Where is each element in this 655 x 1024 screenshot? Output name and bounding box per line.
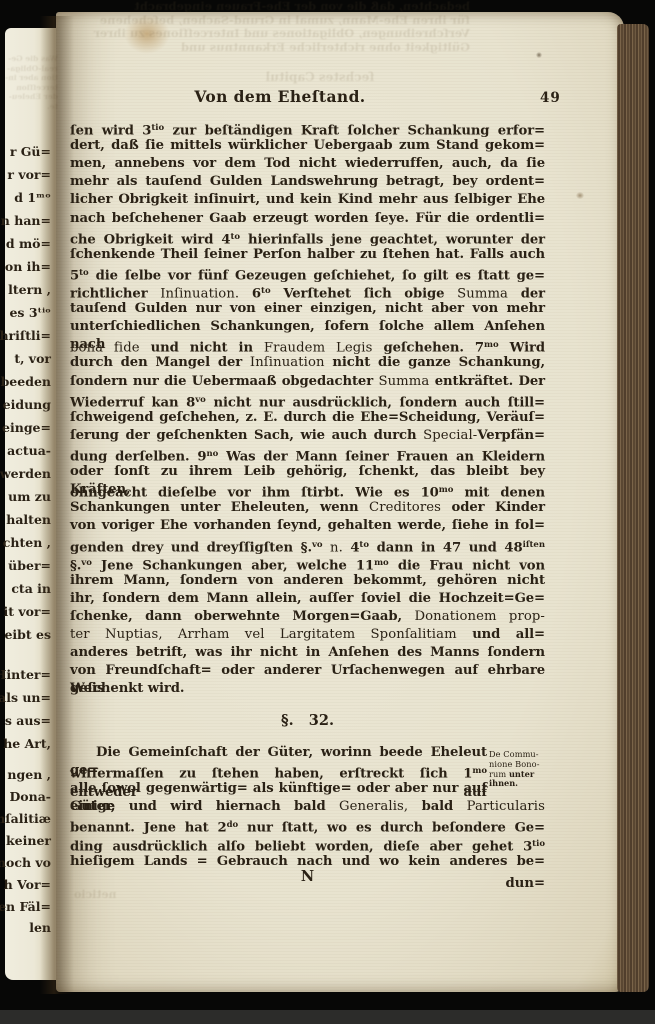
body-line: ſondern nur die Uebermaaß obgedachter Su… xyxy=(70,373,545,391)
body-line: ihrem Mann, ſondern von anderen bekommt,… xyxy=(70,572,545,590)
facing-page-fragment: chten , xyxy=(3,536,51,550)
facing-page-fragment: cta in xyxy=(11,582,51,596)
facing-page-fragment: t, vor xyxy=(14,352,51,366)
facing-page-fragment: einge= xyxy=(2,421,51,435)
facing-page-fragment: Hinter= xyxy=(0,668,51,682)
body-line: Schankungen unter Eheleuten, wenn Credit… xyxy=(70,499,545,517)
facing-page-fragment: on ih= xyxy=(5,260,51,274)
body-line: mehr als tauſend Gulden Landswehrung bet… xyxy=(70,173,545,191)
margin-note: De Commu-nione Bono-rum unterihnen. xyxy=(489,750,549,789)
body-line: Die Gemeinſchaft der Güter, worinn beede… xyxy=(70,744,487,762)
body-line: nach beſchehener Gaab erzeugt worden ſey… xyxy=(70,210,545,228)
facing-page-fragment: werden xyxy=(0,467,51,481)
body-line: alle ſowol gegenwärtig= als künftige= od… xyxy=(70,780,487,798)
page-number: 49 xyxy=(540,90,561,106)
body-line: Wiederruf kan 8vo nicht nur ausdrücklich… xyxy=(70,391,545,409)
facing-page-fragment: noch vo xyxy=(0,856,51,870)
body-line: unterſchiedlichen Schankungen, ſofern ſo… xyxy=(70,318,545,336)
body-line: benannt. Jene hat 2do nur ſtatt, wo es d… xyxy=(70,816,545,834)
facing-page-fragment: he Art, xyxy=(3,737,51,751)
facing-page-fragment: it vor= xyxy=(3,605,51,619)
body-line: ohngeacht dieſelbe vor ihm ſtirbt. Wie e… xyxy=(70,481,545,499)
body-line: anderes betrift, was ihr nicht in Anſehe… xyxy=(70,644,545,662)
body-line: ſerung der geſchenkten Sach, wie auch du… xyxy=(70,427,545,445)
facing-page-fragment: s aus= xyxy=(5,714,51,728)
body-line: von Freundſchaft= oder anderer Urſachenw… xyxy=(70,662,545,680)
body-line: bonâ fide und nicht in Fraudem Legis geſ… xyxy=(70,336,545,354)
facing-page-fragment: actua- xyxy=(7,444,51,458)
body-line: ſen wird 3tio zur beſtändigen Kraft ſolc… xyxy=(70,119,545,137)
facing-page-fragment: d 1ᵐᵒ xyxy=(14,191,51,205)
running-header: Von dem Eheſtand. xyxy=(70,87,490,106)
paper-speck xyxy=(536,52,542,58)
facing-page-fragment: nſalitiæ xyxy=(0,812,51,826)
body-line: licher Obrigkeit inſinuirt, und kein Kin… xyxy=(70,191,545,209)
scan-bottom-strip xyxy=(0,1010,655,1024)
margin-note-line: ihnen. xyxy=(489,779,549,789)
body-line: ſchenkende Theil ſeiner Perſon halber zu… xyxy=(70,246,545,264)
book-scan: r Gü=r vor=d 1ᵐᵒn han=d mö=on ih=ltern ,… xyxy=(0,0,655,1024)
body-line: che Obrigkeit wird 4to hierinfalls jene … xyxy=(70,228,545,246)
body-line: ter Nuptias, Arrham vel Largitatem Sponſ… xyxy=(70,626,545,644)
body-line: ſchweigend geſchehen, z. E. durch die Eh… xyxy=(70,409,545,427)
facing-page-fragment: Dona- xyxy=(9,790,51,804)
facing-page-fragment: als un= xyxy=(0,691,51,705)
body-line: ſchenke, dann oberwehnte Morgen=Gaab, Do… xyxy=(70,608,545,626)
facing-page-fragment: n han= xyxy=(1,214,51,228)
body-line: ding ausdrücklich alſo beliebt worden, d… xyxy=(70,835,545,853)
facing-page-fragment: r Gü= xyxy=(10,145,51,159)
facing-page-fragment: halten xyxy=(6,513,51,527)
facing-page-fragment: eidung xyxy=(3,398,51,412)
body-line: wiſſermaſſen zu ſtehen haben, erſtreckt … xyxy=(70,762,487,780)
body-line: richtlicher Inſinuation. 6to Verſtehet ſ… xyxy=(70,282,545,300)
facing-page-fragment: ltern , xyxy=(8,283,51,297)
paragraph-community-of-goods: Die Gemeinſchaft der Güter, worinn beede… xyxy=(70,744,545,871)
section-heading: §. 32. xyxy=(70,712,545,729)
body-line: geſchenkt wird. xyxy=(70,680,545,698)
body-line: Güter, und wird hiernach bald Generalis,… xyxy=(70,798,545,816)
facing-page-fragment: über= xyxy=(8,559,51,573)
catchword: dun= xyxy=(70,876,545,891)
paper-speck xyxy=(576,192,584,199)
facing-page-fragment: hriſtli= xyxy=(0,329,51,343)
body-line: 5to die ſelbe vor fünf Gezeugen geſchieh… xyxy=(70,264,545,282)
body-line: dert, daß ſie mittels würklicher Ueberga… xyxy=(70,137,545,155)
facing-page-fragment: en Fäl= xyxy=(0,900,51,914)
body-line: men, annebens vor dem Tod nicht wiederru… xyxy=(70,155,545,173)
facing-page-fragment: ngen , xyxy=(7,768,51,782)
facing-page-fragment: es 3ᵗⁱᵒ xyxy=(9,306,51,320)
body-line: durch den Mangel der Inſinuation nicht d… xyxy=(70,354,545,372)
facing-page-fragment: h Vor= xyxy=(4,878,51,892)
paragraph-donations: ſen wird 3tio zur beſtändigen Kraft ſolc… xyxy=(70,119,545,699)
facing-page-fragment: eibt es xyxy=(4,628,51,642)
facing-page-fragment: beeden xyxy=(1,375,51,389)
body-line: tauſend Gulden nur von einer einzigen, n… xyxy=(70,300,545,318)
body-line: dung derſelben. 9no Was der Mann ſeiner … xyxy=(70,445,545,463)
body-line: oder ſonſt zu ihrem Leib gehörig, ſchenk… xyxy=(70,463,545,481)
facing-page-fragment: d mö= xyxy=(6,237,51,251)
body-line: ihr, ſondern dem Mann allein, auſſer ſov… xyxy=(70,590,545,608)
body-line: von voriger Ehe vorhanden ſeynd, gehalte… xyxy=(70,517,545,535)
facing-page-fragment: keiner xyxy=(6,834,51,848)
body-line: genden drey und dreyſſigſten §.vo n. 4to… xyxy=(70,536,545,554)
facing-page-fragment: um zu xyxy=(8,490,51,504)
body-line: §.vo Jene Schankungen aber, welche 11mo … xyxy=(70,554,545,572)
fore-edge-pages xyxy=(617,24,649,992)
facing-page-fragment: len xyxy=(29,921,51,935)
facing-page-text-fragments: r Gü=r vor=d 1ᵐᵒn han=d mö=on ih=ltern ,… xyxy=(0,0,54,1024)
paper-stain xyxy=(124,14,170,54)
facing-page-fragment: r vor= xyxy=(7,168,51,182)
